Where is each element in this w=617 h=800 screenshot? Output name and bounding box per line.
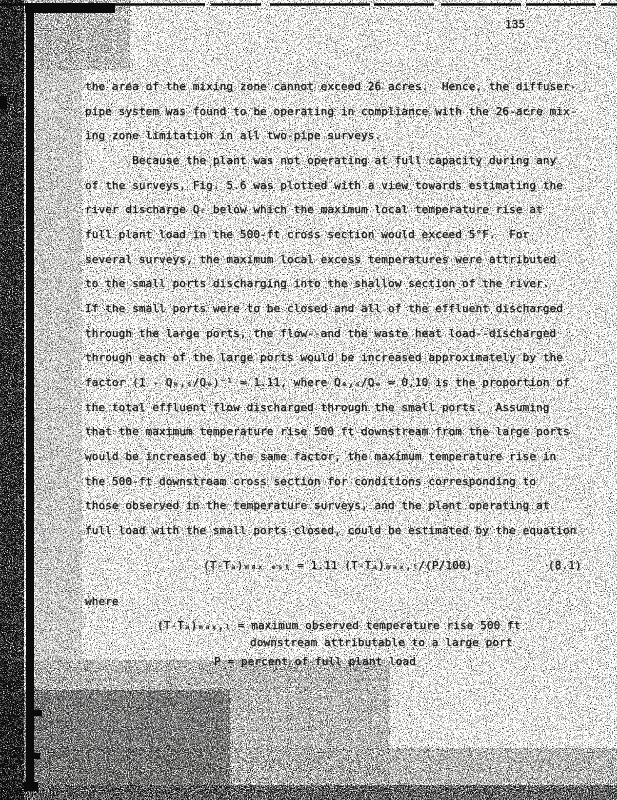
text-line: If the small ports were to be closed and…	[85, 302, 563, 315]
text-line: to the small ports discharging into the …	[85, 277, 550, 290]
text-line: those observed in the temperature survey…	[85, 499, 550, 512]
text-line: several surveys, the maximum local exces…	[85, 253, 556, 266]
text-line: ing zone limitation in all two-pipe surv…	[85, 129, 381, 142]
equation: (T-Tₐ)ₘₐₓ ₑₛₜ = 1.11 (T-Tₐ)ₘₐₓ,ₗ/(P/100)	[203, 559, 472, 572]
text-line: through the large ports, the flow--and t…	[85, 327, 556, 340]
text-layer: 135 the area of the mixing zone cannot e…	[0, 0, 617, 800]
text-line: river discharge Qᵣ below which the maxim…	[85, 203, 543, 216]
definition-line: downstream attributable to a large port	[250, 636, 513, 649]
text-line: pipe system was found to be operating in…	[85, 105, 576, 118]
definition-line: P = percent of full plant load	[214, 655, 416, 668]
text-line: that the maximum temperature rise 500 ft…	[85, 425, 570, 438]
text-line: factor (1 - Qₑ,ₛ/Qₑ)⁻¹ ≈ 1.11, where Qₑ,…	[85, 376, 570, 389]
text-line: full plant load in the 500-ft cross sect…	[85, 228, 529, 241]
page-number: 135	[505, 18, 525, 31]
text-line: of the surveys, Fig. 5.6 was plotted wit…	[85, 179, 563, 192]
text-line: would be increased by the same factor, t…	[85, 450, 556, 463]
where-label: where	[85, 595, 119, 608]
scanned-document-page: 135 the area of the mixing zone cannot e…	[0, 0, 617, 800]
text-line: the 500-ft downstream cross section for …	[85, 475, 536, 488]
text-line: the area of the mixing zone cannot excee…	[85, 80, 576, 93]
equation-number: (8.1)	[548, 559, 582, 572]
definition-line: (T-Tₐ)ₘₐₓ,ₗ = maximum observed temperatu…	[157, 619, 521, 632]
text-line: through each of the large ports would be…	[85, 351, 563, 364]
text-line: the total effluent flow discharged throu…	[85, 401, 550, 414]
text-line: full load with the small ports closed, c…	[85, 524, 576, 537]
text-line: Because the plant was not operating at f…	[85, 154, 556, 167]
